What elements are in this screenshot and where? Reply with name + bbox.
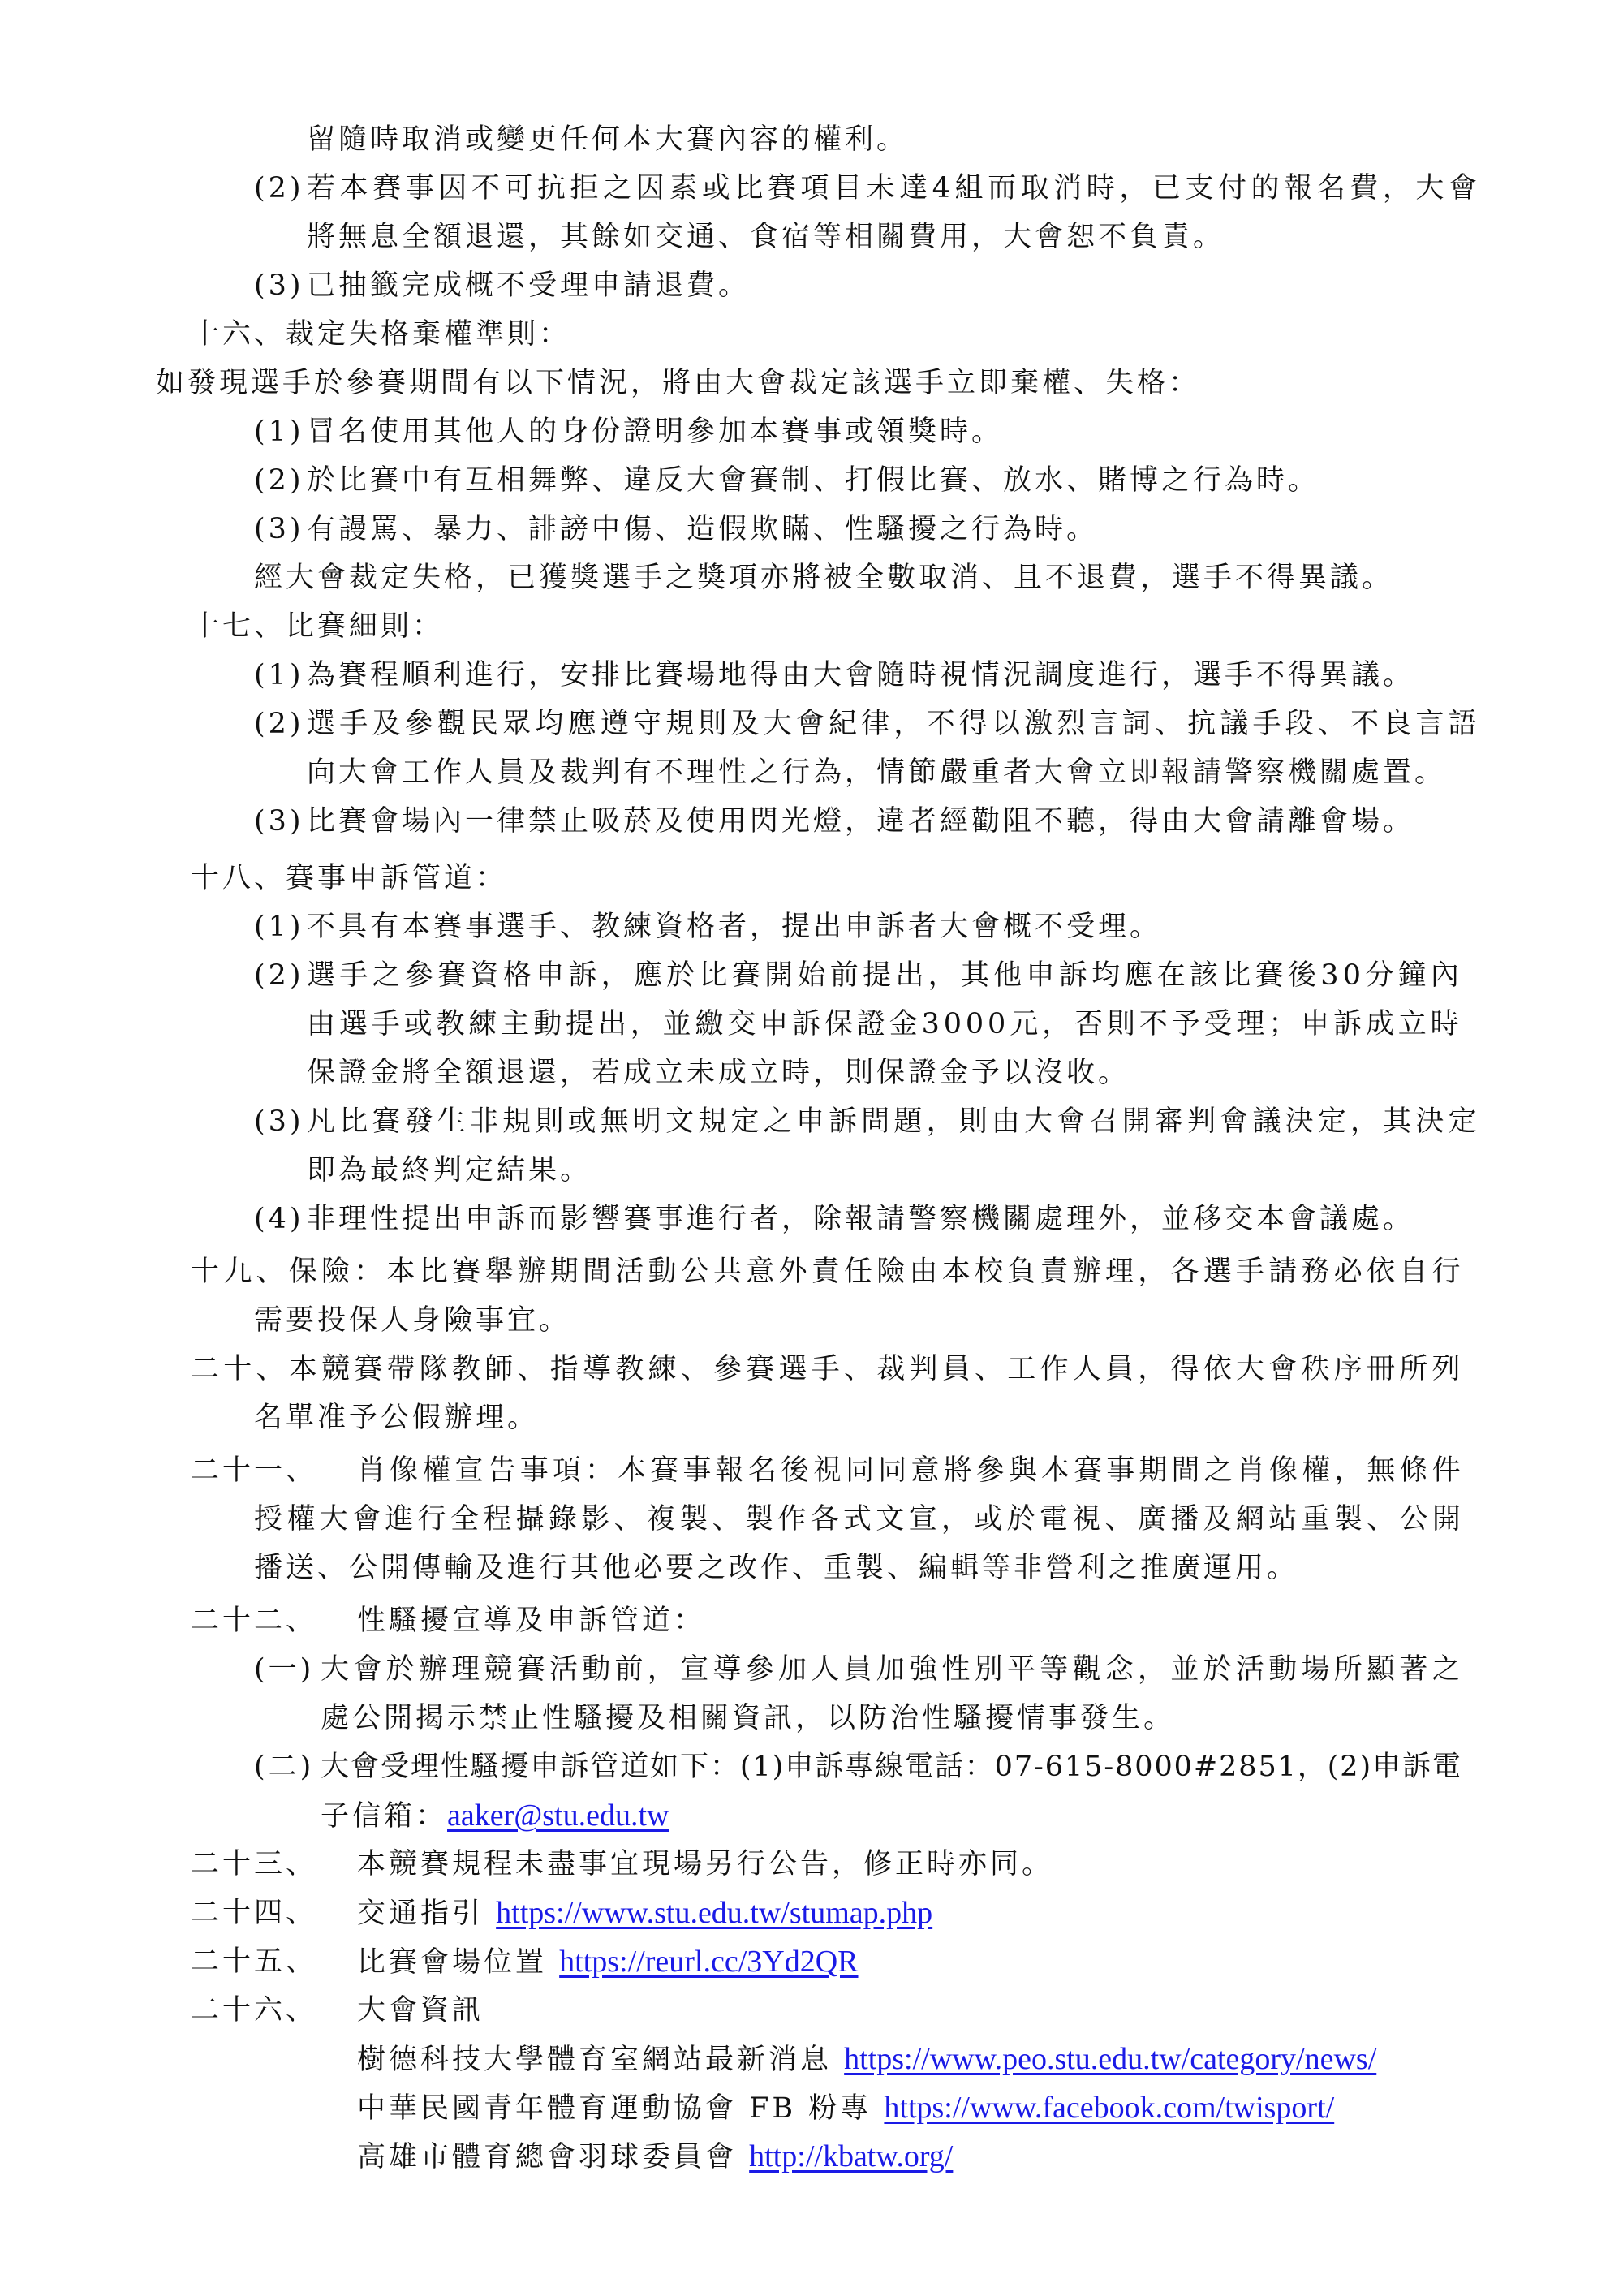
s19-line2: 需要投保人身險事宜。: [254, 1303, 570, 1338]
s24-row: 交通指引 https://www.stu.edu.tw/stumap.php: [357, 1895, 932, 1932]
s18-item3-label: (3): [254, 1104, 304, 1139]
s16-note: 經大會裁定失格，已獲獎選手之獎項亦將被全數取消、且不退費，選手不得異議。: [254, 560, 1393, 596]
s18-item3-line1: 凡比賽發生非規則或無明文規定之申訴問題，則由大會召開審判會議決定，其決定: [307, 1104, 1477, 1139]
s16-item2-label: (2): [254, 463, 304, 498]
s18-item2-line2: 由選手或教練主動提出，並繳交申訴保證金3000元，否則不予受理；申訴成立時: [307, 1006, 1459, 1042]
s26-entry-1-label: 樹德科技大學體育室網站最新消息: [357, 2044, 832, 2076]
s25-label: 比賽會場位置: [357, 1946, 547, 1979]
s26-number: 二十六、: [191, 1992, 317, 2028]
peo-news-link[interactable]: https://www.peo.stu.edu.tw/category/news…: [844, 2042, 1376, 2076]
s23-text: 本競賽規程未盡事宜現場另行公告，修正時亦同。: [357, 1846, 1053, 1882]
facebook-page-link[interactable]: https://www.facebook.com/twisport/: [884, 2091, 1334, 2125]
s17-item2-label: (2): [254, 706, 304, 742]
s15-item3-line1: 已抽籤完成概不受理申請退費。: [307, 268, 750, 304]
s20-line2: 名單准予公假辦理。: [254, 1400, 539, 1436]
s22-item2-line1: 大會受理性騷擾申訴管道如下：(1)申訴專線電話：07-615-8000#2851…: [321, 1749, 1461, 1785]
email-link[interactable]: aaker@stu.edu.tw: [447, 1798, 669, 1833]
s22-item2-label: (二): [254, 1749, 314, 1785]
s23-number: 二十三、: [191, 1846, 317, 1882]
s22-item1-label: (一): [254, 1652, 314, 1687]
s16-item1-text: 冒名使用其他人的身份證明參加本賽事或領獎時。: [307, 414, 1003, 450]
s18-item2-label: (2): [254, 958, 304, 993]
s16-heading: 十六、裁定失格棄權準則：: [191, 317, 570, 352]
s15-item2-line2: 將無息全額退還，其餘如交通、食宿等相關費用，大會恕不負責。: [307, 219, 1225, 255]
s15-item2-line1: 若本賽事因不可抗拒之因素或比賽項目未達4組而取消時，已支付的報名費，大會: [307, 170, 1477, 206]
s16-item3-text: 有謾罵、暴力、誹謗中傷、造假欺瞞、性騷擾之行為時。: [307, 511, 1098, 547]
s24-label: 交通指引: [357, 1898, 484, 1930]
s21-line3: 播送、公開傳輸及進行其他必要之改作、重製、編輯等非營利之推廣運用。: [254, 1550, 1298, 1586]
s18-item3-line2: 即為最終判定結果。: [307, 1152, 592, 1188]
traffic-guide-link[interactable]: https://www.stu.edu.tw/stumap.php: [496, 1896, 932, 1930]
s22-heading: 性騷擾宣導及申訴管道：: [357, 1603, 705, 1639]
s21-number: 二十一、: [191, 1453, 317, 1488]
s15-item3-label: (3): [254, 268, 304, 304]
s25-row: 比賽會場位置 https://reurl.cc/3Yd2QR: [357, 1944, 859, 1980]
s22-email-prefix: 子信箱：: [321, 1800, 447, 1833]
s17-item1-line1: 為賽程順利進行，安排比賽場地得由大會隨時視情況調度進行，選手不得異議。: [307, 657, 1414, 693]
s17-item2-line1: 選手及參觀民眾均應遵守規則及大會紀律，不得以激烈言詞、抗議手段、不良言語: [307, 706, 1477, 742]
s17-item2-line2: 向大會工作人員及裁判有不理性之行為，情節嚴重者大會立即報請警察機關處置。: [307, 755, 1446, 790]
s17-heading: 十七、比賽細則：: [191, 609, 444, 644]
s26-entry-1: 樹德科技大學體育室網站最新消息 https://www.peo.stu.edu.…: [357, 2041, 1376, 2078]
s21-line2: 授權大會進行全程攝錄影、複製、製作各式文宣，或於電視、廣播及網站重製、公開: [254, 1501, 1461, 1537]
s15-line1: 留隨時取消或變更任何本大賽內容的權利。: [307, 122, 908, 157]
s16-item3-label: (3): [254, 511, 304, 547]
s16-item2-text: 於比賽中有互相舞弊、違反大會賽制、打假比賽、放水、賭博之行為時。: [307, 463, 1319, 498]
s18-heading: 十八、賽事申訴管道：: [191, 860, 507, 896]
s18-item1-line1: 不具有本賽事選手、教練資格者，提出申訴者大會概不受理。: [307, 909, 1161, 945]
s17-item3-line1: 比賽會場內一律禁止吸菸及使用閃光燈，違者經勸阻不聽，得由大會請離會場。: [307, 803, 1414, 839]
s22-number: 二十二、: [191, 1603, 317, 1639]
s26-entry-3-label: 高雄市體育總會羽球委員會: [357, 2141, 737, 2173]
s25-number: 二十五、: [191, 1944, 317, 1979]
s22-item2-line2: 子信箱：aaker@stu.edu.tw: [321, 1798, 669, 1834]
s15-item2-label: (2): [254, 170, 304, 206]
s26-entry-2: 中華民國青年體育運動協會 FB 粉專 https://www.facebook.…: [357, 2090, 1334, 2126]
s22-item1-line2: 處公開揭示禁止性騷擾及相關資訊，以防治性騷擾情事發生。: [321, 1700, 1175, 1736]
s21-line1: 肖像權宣告事項：本賽事報名後視同同意將參與本賽事期間之肖像權，無條件: [357, 1453, 1461, 1488]
s18-item2-line3: 保證金將全額退還，若成立未成立時，則保證金予以沒收。: [307, 1055, 1130, 1091]
s26-heading: 大會資訊: [357, 1992, 484, 2028]
s26-entry-2-label: 中華民國青年體育運動協會 FB 粉專: [357, 2092, 872, 2125]
s18-item2-line1: 選手之參賽資格申訴，應於比賽開始前提出，其他申訴均應在該比賽後30分鐘內: [307, 958, 1459, 993]
s26-entry-3: 高雄市體育總會羽球委員會 http://kbatw.org/: [357, 2139, 953, 2175]
s19-line1: 十九、保險：本比賽舉辦期間活動公共意外責任險由本校負責辦理，各選手請務必依自行: [191, 1254, 1461, 1290]
s16-intro: 如發現選手於參賽期間有以下情況，將由大會裁定該選手立即棄權、失格：: [156, 365, 1200, 401]
s24-number: 二十四、: [191, 1895, 317, 1931]
s22-item1-line1: 大會於辦理競賽活動前，宣導參加人員加強性別平等觀念，並於活動場所顯著之: [321, 1652, 1461, 1687]
s17-item3-label: (3): [254, 803, 304, 839]
s17-item1-label: (1): [254, 657, 304, 693]
document-page: 留隨時取消或變更任何本大賽內容的權利。 (2) 若本賽事因不可抗拒之因素或比賽項…: [0, 0, 1623, 2296]
venue-location-link[interactable]: https://reurl.cc/3Yd2QR: [559, 1945, 858, 1979]
s18-item4-line1: 非理性提出申訴而影響賽事進行者，除報請警察機關處理外，並移交本會議處。: [307, 1201, 1414, 1237]
s16-item1-label: (1): [254, 414, 304, 450]
s20-line1: 二十、本競賽帶隊教師、指導教練、參賽選手、裁判員、工作人員，得依大會秩序冊所列: [191, 1351, 1461, 1387]
kbatw-link[interactable]: http://kbatw.org/: [749, 2139, 953, 2173]
s18-item4-label: (4): [254, 1201, 304, 1237]
s18-item1-label: (1): [254, 909, 304, 945]
